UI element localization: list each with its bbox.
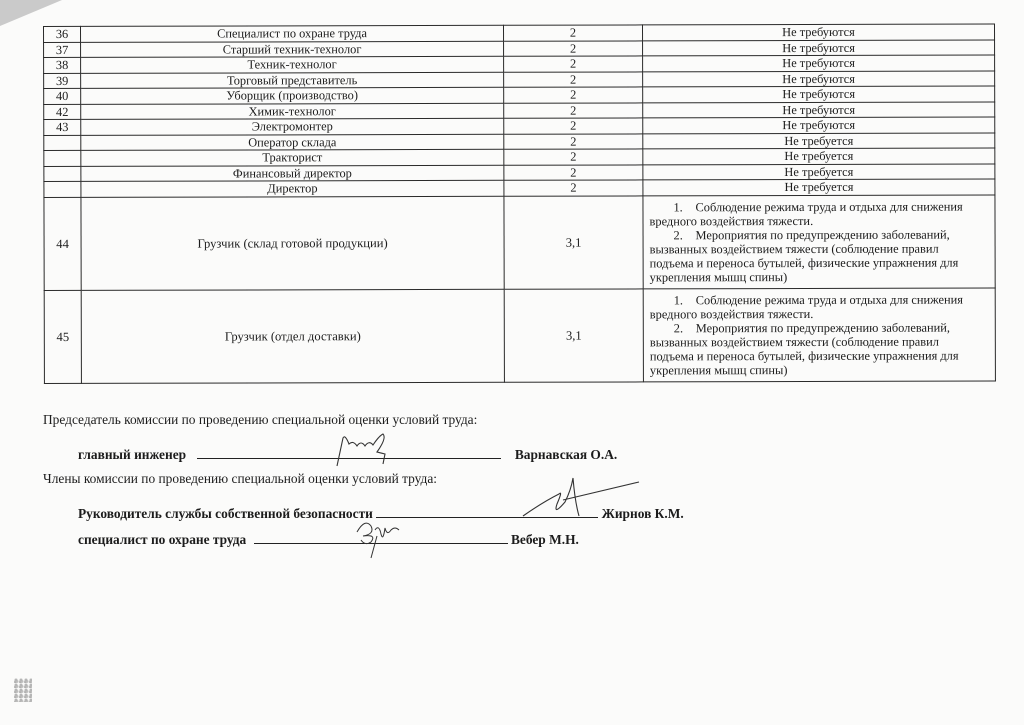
measures-cell: Не требуются <box>642 24 994 40</box>
member-role: специалист по охране труда <box>78 532 246 547</box>
conditions-class: 2 <box>504 164 643 180</box>
measure-text: Соблюдение режима труда и отдыха для сни… <box>649 199 962 228</box>
position-name: Директор <box>81 180 504 197</box>
conditions-class: 2 <box>504 102 643 118</box>
conditions-class: 3,1 <box>504 195 643 288</box>
measures-cell: Не требуются <box>643 102 995 118</box>
row-number: 45 <box>44 290 81 383</box>
chair-heading: Председатель комиссии по проведению спец… <box>43 412 477 428</box>
scan-artifact <box>14 678 32 702</box>
conditions-class: 2 <box>504 180 643 196</box>
row-number <box>44 150 81 166</box>
position-name: Техник-технолог <box>81 56 504 73</box>
measure-item: 2.Мероприятия по предупреждению заболева… <box>650 227 981 284</box>
conditions-class: 2 <box>504 149 643 165</box>
conditions-class: 2 <box>504 133 643 149</box>
measure-number: 1. <box>674 293 696 307</box>
measure-item: 2.Мероприятия по предупреждению заболева… <box>650 320 981 377</box>
row-number: 43 <box>44 119 81 135</box>
measure-item: 1.Соблюдение режима труда и отдыха для с… <box>649 199 980 228</box>
position-name: Грузчик (отдел доставки) <box>81 289 504 383</box>
row-number: 37 <box>44 42 81 58</box>
chair-signature-icon <box>325 430 405 470</box>
conditions-class: 2 <box>504 87 643 103</box>
measures-cell: Не требуются <box>643 86 995 102</box>
row-number: 36 <box>44 26 81 42</box>
row-number <box>44 135 81 151</box>
table-row: 44Грузчик (склад готовой продукции)3,11.… <box>44 195 995 290</box>
row-number: 40 <box>44 88 81 104</box>
member-signature-icon <box>513 472 643 522</box>
working-conditions-table: 36Специалист по охране труда2Не требуютс… <box>43 24 996 384</box>
members-heading: Члены комиссии по проведению специальной… <box>43 471 437 487</box>
row-number: 39 <box>44 73 81 89</box>
measure-number: 1. <box>673 200 695 214</box>
row-number <box>44 181 81 197</box>
member-signature-icon <box>351 512 411 562</box>
measure-text: Соблюдение режима труда и отдыха для сни… <box>650 292 963 321</box>
conditions-class: 2 <box>504 56 643 72</box>
conditions-class: 2 <box>504 71 643 87</box>
position-name: Финансовый директор <box>81 165 504 182</box>
row-number: 38 <box>44 57 81 73</box>
position-name: Старший техник-технолог <box>81 41 504 58</box>
row-number: 44 <box>44 197 81 290</box>
member-name: Вебер М.Н. <box>511 532 579 547</box>
measures-cell: Не требуются <box>643 55 995 71</box>
measures-cell: Не требуются <box>643 40 995 56</box>
measure-number: 2. <box>674 321 696 335</box>
scan-corner-fold <box>0 0 62 26</box>
position-name: Химик-технолог <box>81 103 504 120</box>
measures-cell: 1.Соблюдение режима труда и отдыха для с… <box>643 195 995 289</box>
measures-cell: Не требуется <box>643 148 995 164</box>
position-name: Уборщик (производство) <box>81 87 504 104</box>
measures-cell: Не требуются <box>643 71 995 87</box>
measures-cell: Не требуется <box>643 164 995 180</box>
conditions-class: 2 <box>504 40 643 56</box>
position-name: Оператор склада <box>81 134 504 151</box>
position-name: Специалист по охране труда <box>81 25 504 42</box>
table-row: 45Грузчик (отдел доставки)3,11.Соблюдени… <box>44 288 995 383</box>
measure-text: Мероприятия по предупреждению заболевани… <box>650 227 959 284</box>
position-name: Тракторист <box>81 149 504 166</box>
measures-cell: Не требуются <box>643 117 995 133</box>
member-role: Руководитель службы собственной безопасн… <box>78 506 373 521</box>
measures-cell: 1.Соблюдение режима труда и отдыха для с… <box>643 288 995 382</box>
conditions-class: 3,1 <box>504 288 643 381</box>
measure-text: Мероприятия по предупреждению заболевани… <box>650 320 959 377</box>
chair-name: Варнавская О.А. <box>515 447 617 462</box>
measures-cell: Не требуется <box>643 179 995 195</box>
chair-role: главный инженер <box>78 447 186 462</box>
position-name: Электромонтер <box>81 118 504 135</box>
member-signature-line-safety: специалист по охране труда Вебер М.Н. <box>78 529 579 548</box>
position-name: Торговый представитель <box>81 72 504 89</box>
position-name: Грузчик (склад готовой продукции) <box>81 196 504 290</box>
conditions-class: 2 <box>504 118 643 134</box>
measure-item: 1.Соблюдение режима труда и отдыха для с… <box>650 292 981 321</box>
conditions-class: 2 <box>503 25 642 41</box>
row-number <box>44 166 81 182</box>
measure-number: 2. <box>674 228 696 242</box>
measures-cell: Не требуется <box>643 133 995 149</box>
row-number: 42 <box>44 104 81 120</box>
